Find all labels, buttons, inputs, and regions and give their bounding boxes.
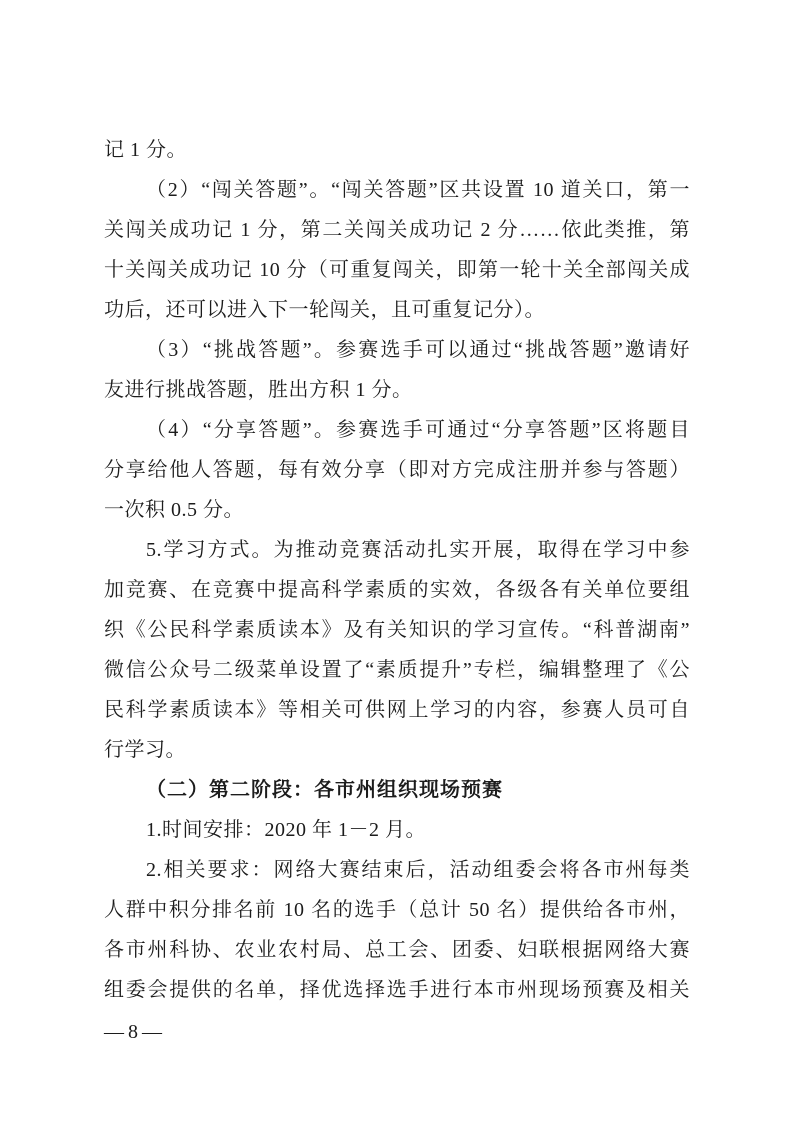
text-line: 一次积 0.5 分。	[104, 490, 690, 530]
text-line: 各市州科协、农业农村局、总工会、团委、妇联根据网络大赛	[104, 930, 690, 970]
section-heading: （二）第二阶段：各市州组织现场预赛	[104, 770, 690, 810]
text-line: 友进行挑战答题，胜出方积 1 分。	[104, 370, 690, 410]
text-line: 民科学素质读本》等相关可供网上学习的内容，参赛人员可自	[104, 690, 690, 730]
text-line: 2.相关要求：网络大赛结束后，活动组委会将各市州每类	[104, 850, 690, 890]
text-line: 行学习。	[104, 730, 690, 770]
text-line: 5.学习方式。为推动竞赛活动扎实开展，取得在学习中参	[104, 530, 690, 570]
document-page: 记 1 分。 （2）“闯关答题”。“闯关答题”区共设置 10 道关口，第一 关闯…	[0, 0, 793, 1122]
text-line: 微信公众号二级菜单设置了“素质提升”专栏，编辑整理了《公	[104, 650, 690, 690]
body-text: 记 1 分。 （2）“闯关答题”。“闯关答题”区共设置 10 道关口，第一 关闯…	[104, 130, 690, 1010]
text-line: 组委会提供的名单，择优选择选手进行本市州现场预赛及相关	[104, 970, 690, 1010]
text-line: 十关闯关成功记 10 分（可重复闯关，即第一轮十关全部闯关成	[104, 250, 690, 290]
text-line: 1.时间安排：2020 年 1－2 月。	[104, 810, 690, 850]
text-line: （4）“分享答题”。参赛选手可通过“分享答题”区将题目	[104, 410, 690, 450]
text-line: 人群中积分排名前 10 名的选手（总计 50 名）提供给各市州，	[104, 890, 690, 930]
text-line: 加竞赛、在竞赛中提高科学素质的实效，各级各有关单位要组	[104, 570, 690, 610]
text-line: 分享给他人答题，每有效分享（即对方完成注册并参与答题）	[104, 450, 690, 490]
text-line: 功后，还可以进入下一轮闯关，且可重复记分）。	[104, 290, 690, 330]
text-line: 织《公民科学素质读本》及有关知识的学习宣传。“科普湖南”	[104, 610, 690, 650]
text-line: 记 1 分。	[104, 130, 690, 170]
text-line: （3）“挑战答题”。参赛选手可以通过“挑战答题”邀请好	[104, 330, 690, 370]
page-number: —8—	[104, 1012, 166, 1052]
text-line: 关闯关成功记 1 分，第二关闯关成功记 2 分……依此类推，第	[104, 210, 690, 250]
text-line: （2）“闯关答题”。“闯关答题”区共设置 10 道关口，第一	[104, 170, 690, 210]
